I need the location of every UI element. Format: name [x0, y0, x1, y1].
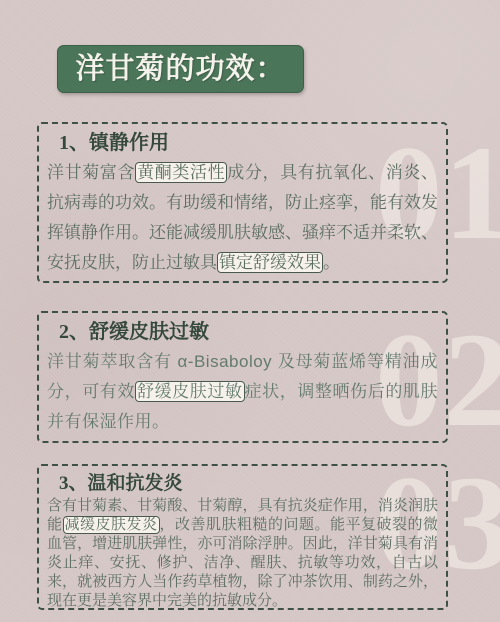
section-calming-effect: 1、镇静作用 洋甘菊富含黄酮类活性成分，具有抗氧化、消炎、抗病毒的功效。有助缓和… — [37, 122, 448, 283]
section-soothe-skin-allergy: 2、舒缓皮肤过敏 洋甘菊萃取含有 α-Bisaboloy 及母菊蓝烯等精油成分，… — [37, 311, 448, 443]
highlighted-phrase: 黄酮类活性 — [135, 162, 227, 183]
section-heading: 1、镇静作用 — [47, 129, 438, 158]
section-body: 含有甘菊素、甘菊酸、甘菊醇，具有抗炎症作用，消炎润肤能减缓皮肤发炎，改善肌肤粗糙… — [47, 497, 438, 611]
section-heading: 3、温和抗发炎 — [47, 471, 438, 497]
page-title: 洋甘菊的功效： — [57, 45, 304, 93]
highlighted-phrase: 镇定舒缓效果 — [217, 252, 323, 273]
section-body: 洋甘菊富含黄酮类活性成分，具有抗氧化、消炎、抗病毒的功效。有助缓和情绪，防止痉挛… — [47, 158, 438, 278]
section-mild-anti-inflammatory: 3、温和抗发炎 含有甘菊素、甘菊酸、甘菊醇，具有抗炎症作用，消炎润肤能减缓皮肤发… — [37, 464, 448, 610]
section-heading: 2、舒缓皮肤过敏 — [47, 318, 438, 347]
text-segment: 。 — [323, 253, 340, 272]
section-body: 洋甘菊萃取含有 α-Bisaboloy 及母菊蓝烯等精油成分，可有效舒缓皮肤过敏… — [47, 347, 438, 437]
highlighted-phrase: 减缓皮肤发炎 — [63, 516, 160, 534]
text-segment: 洋甘菊富含 — [47, 163, 135, 182]
highlighted-phrase: 舒缓皮肤过敏 — [135, 381, 245, 402]
chamomile-infographic-poster: { "page": { "title": "洋甘菊的功效：", "backgro… — [0, 0, 500, 622]
